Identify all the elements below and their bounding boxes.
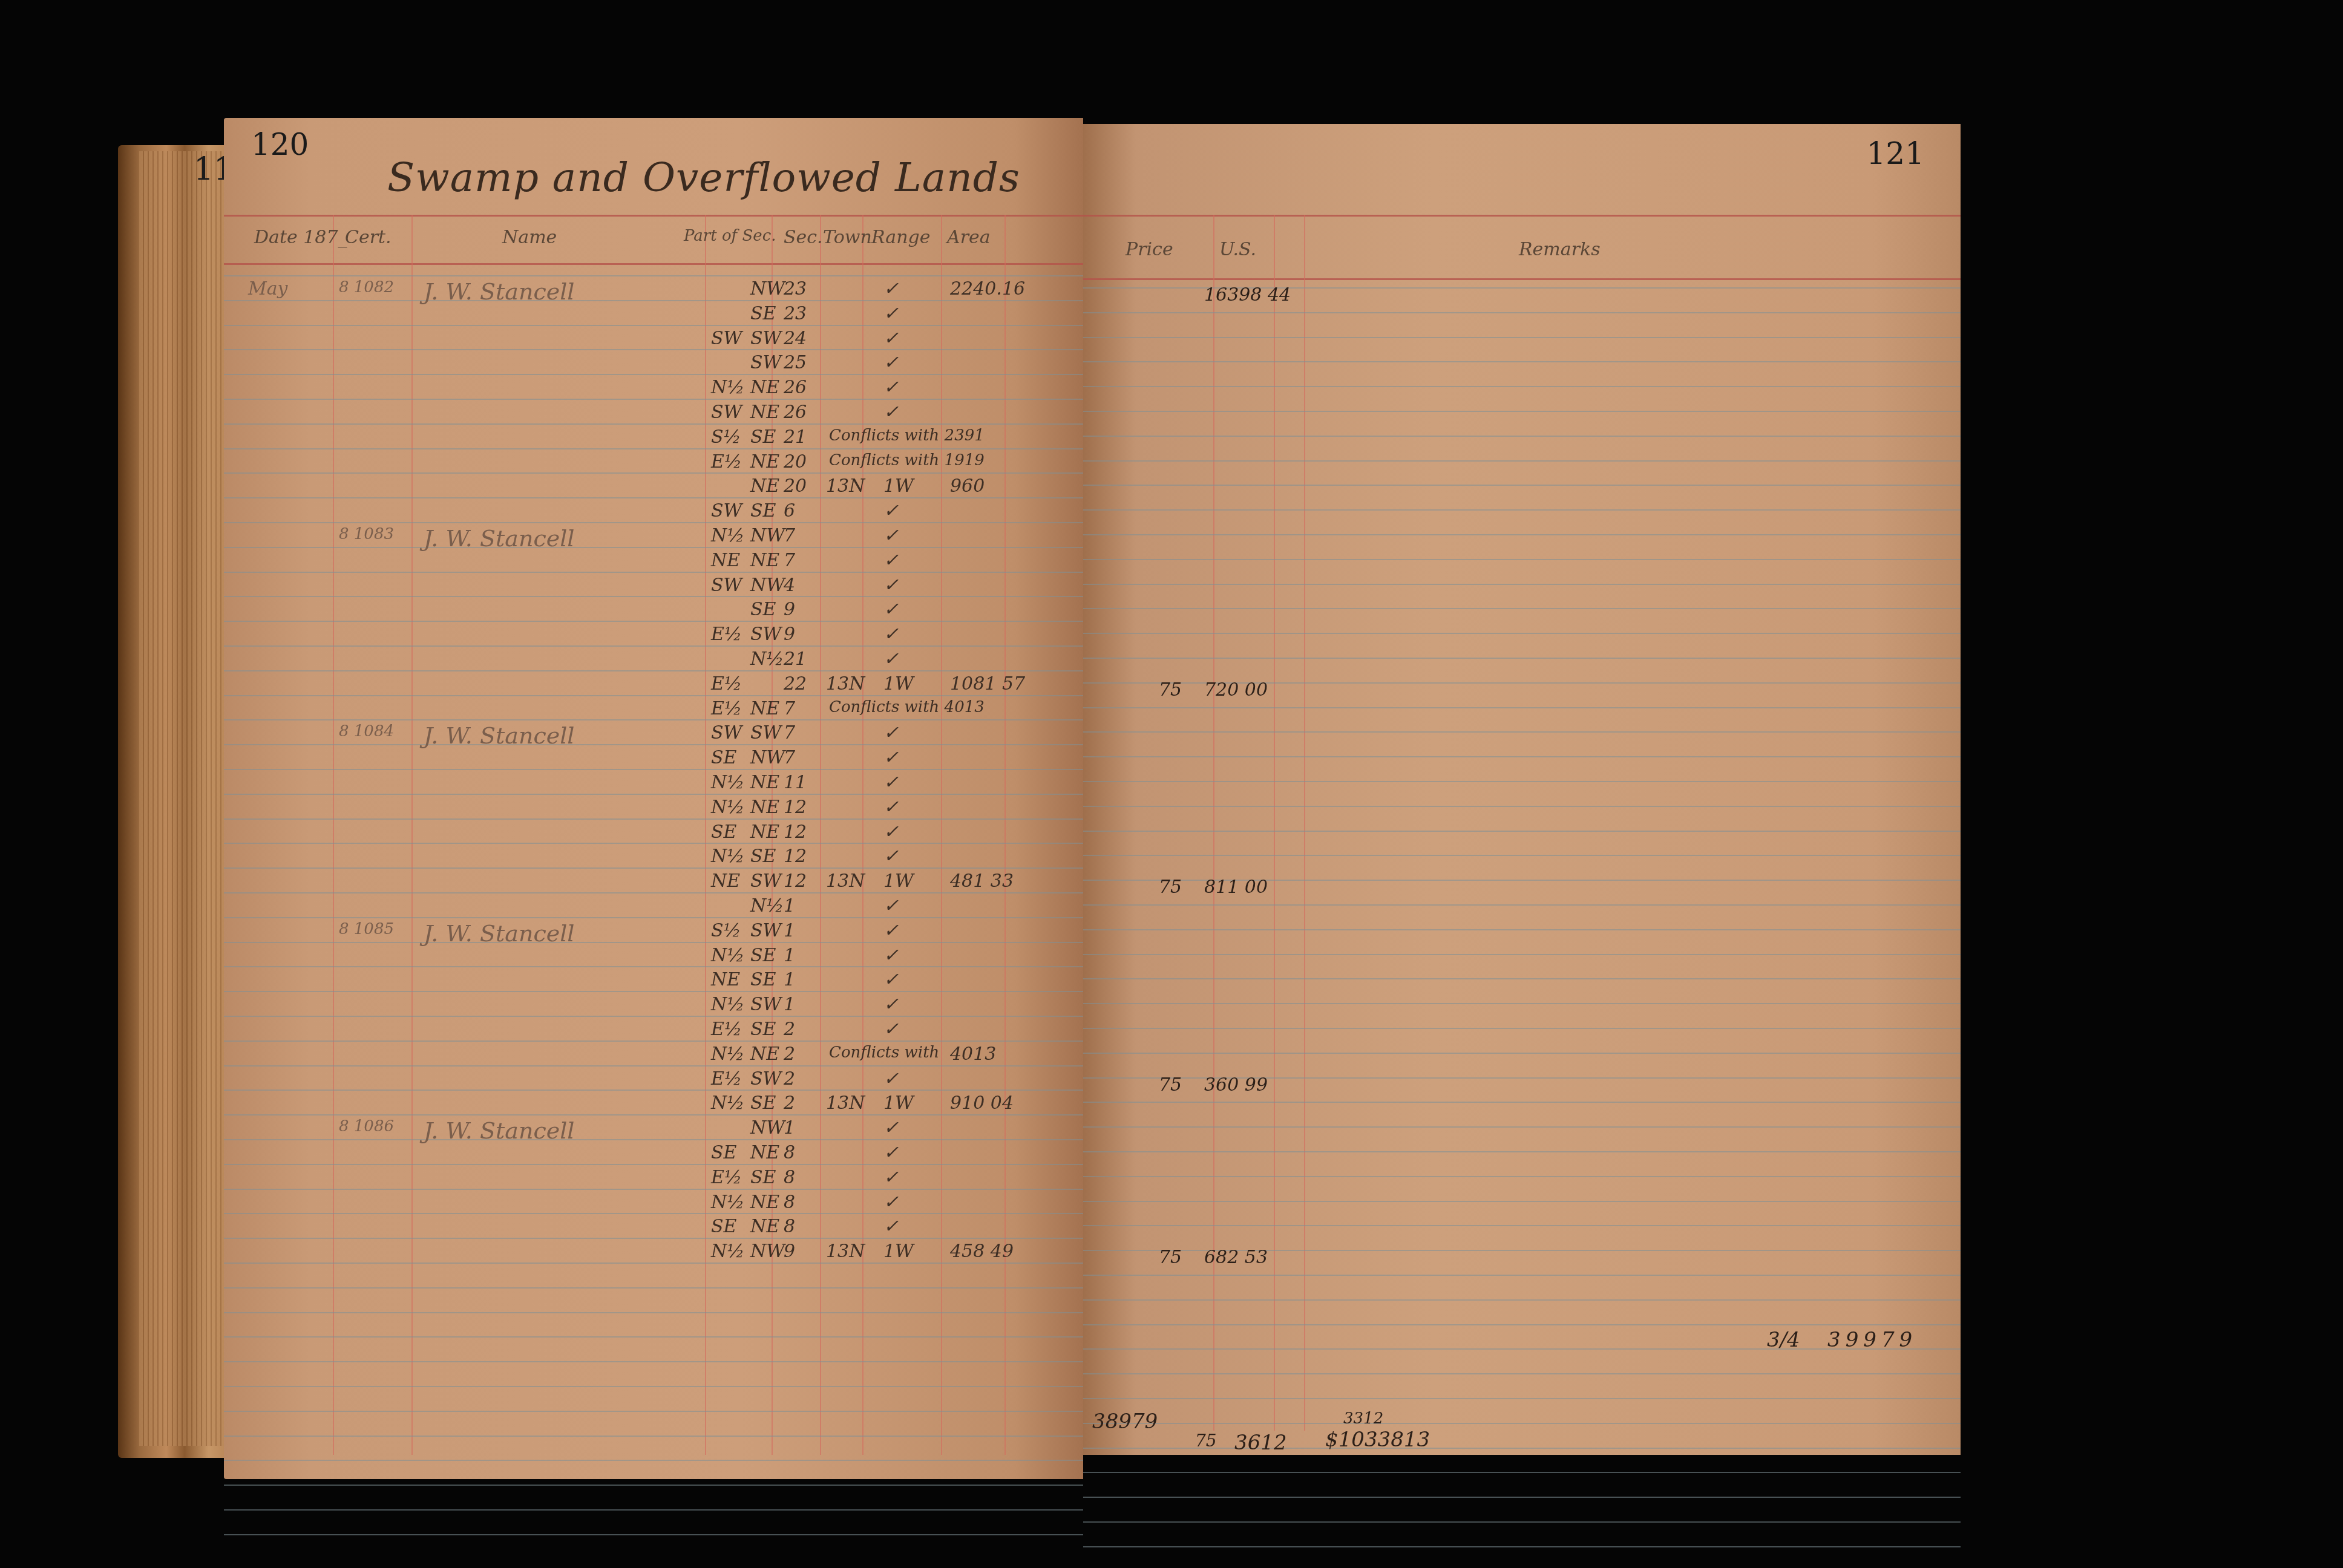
ledger-rule (224, 1436, 1083, 1437)
ledger-rule (1083, 633, 1961, 634)
row-area: 4013 (950, 1044, 996, 1065)
ledger-rule (224, 1287, 1083, 1289)
col-divider (862, 215, 863, 1455)
ledger-rule (224, 448, 1083, 449)
row-part-of-sec: SE (711, 822, 736, 843)
col-divider (1304, 215, 1305, 1431)
ledger-rule (224, 300, 1083, 301)
ledger-rule (224, 1534, 1083, 1535)
ledger-rule (224, 1361, 1083, 1362)
col-divider (333, 215, 334, 1455)
row-range: ✓ (883, 1216, 899, 1237)
col-header-cert: Cert. (345, 227, 392, 248)
ledger-rule (1083, 1225, 1961, 1226)
ledger-rule (224, 917, 1083, 918)
row-part-of-sec: N½ (711, 1093, 744, 1114)
entry-price: 75 (1159, 1247, 1182, 1268)
row-quarter: SE (750, 1019, 776, 1040)
col-header-town: Town (823, 227, 872, 248)
row-section: 23 (784, 303, 807, 324)
row-range: ✓ (883, 846, 899, 867)
row-quarter: NE (750, 797, 779, 818)
row-section: 12 (784, 822, 807, 843)
row-range: ✓ (883, 278, 899, 299)
row-range: ✓ (883, 500, 899, 521)
col-header-price: Price (1126, 239, 1173, 260)
row-part-of-sec: E½ (711, 624, 742, 645)
ledger-rule (1083, 460, 1961, 462)
area-total: 38979 (1092, 1410, 1158, 1434)
row-quarter: NW (750, 278, 785, 299)
row-section: 2 (784, 1019, 795, 1040)
ledger-rule (224, 1386, 1083, 1387)
ledger-rule (224, 1213, 1083, 1214)
row-section: 12 (784, 846, 807, 867)
row-part-of-sec: N½ (711, 525, 744, 546)
row-part-of-sec: S½ (711, 920, 741, 941)
row-section: 7 (784, 698, 795, 719)
row-range: ✓ (883, 328, 899, 349)
ledger-title: Swamp and Overflowed Lands (387, 154, 1020, 201)
us-total: 3612 (1234, 1431, 1287, 1455)
row-range: ✓ (883, 722, 899, 743)
row-section: 9 (784, 624, 795, 645)
row-section: 9 (784, 599, 795, 620)
ledger-rule (224, 374, 1083, 375)
row-range: ✓ (883, 352, 899, 373)
ledger-rule (224, 719, 1083, 720)
row-town: 13N (826, 1093, 865, 1114)
row-quarter: NE (750, 550, 779, 571)
row-section: 8 (784, 1167, 795, 1188)
ledger-rule (224, 818, 1083, 820)
row-range: ✓ (883, 895, 899, 916)
row-range: ✓ (883, 1068, 899, 1089)
col-header-range: Range (871, 227, 930, 248)
ledger-rule (1083, 559, 1961, 560)
ledger-rule (1083, 831, 1961, 832)
col-divider (1004, 215, 1006, 1455)
row-part-of-sec: N½ (711, 797, 744, 818)
col-header-sec: Sec. (784, 227, 823, 248)
ledger-rule (224, 892, 1083, 893)
row-part-of-sec: N½ (711, 772, 744, 793)
row-quarter: SW (750, 920, 781, 941)
row-range: ✓ (883, 402, 899, 423)
col-header-remarks: Remarks (1519, 239, 1601, 260)
row-range: ✓ (883, 1117, 899, 1138)
row-quarter: NW (750, 747, 785, 768)
row-part-of-sec: E½ (711, 698, 742, 719)
ledger-rule (224, 1065, 1083, 1067)
ledger-rule (224, 769, 1083, 770)
row-section: 25 (784, 352, 807, 373)
ledger-rule (224, 1238, 1083, 1239)
grand-total-carry: 3312 (1343, 1410, 1383, 1428)
row-town: Conflicts with 1919 (829, 451, 985, 469)
row-quarter: NE (750, 772, 779, 793)
ledger-rule (1083, 509, 1961, 511)
row-part-of-sec: N½ (711, 945, 744, 966)
ledger-rule (1083, 584, 1961, 585)
row-quarter: NE (750, 1044, 779, 1065)
col-header-part-of-sec: Part of Sec. (684, 227, 776, 245)
ledger-rule (224, 966, 1083, 967)
left-page-number: 120 (251, 127, 309, 162)
row-quarter: SE (750, 846, 776, 867)
ledger-rule (224, 547, 1083, 548)
ledger-rule (224, 744, 1083, 745)
row-section: 4 (784, 575, 795, 596)
row-section: 20 (784, 451, 807, 472)
ledger-rule (224, 349, 1083, 350)
row-quarter: NE (750, 451, 779, 472)
row-part-of-sec: SE (711, 747, 736, 768)
row-section: 1 (784, 920, 795, 941)
row-part-of-sec: N½ (711, 1241, 744, 1262)
row-part-of-sec: SW (711, 500, 742, 521)
ledger-rule (1083, 1423, 1961, 1424)
row-range: ✓ (883, 945, 899, 966)
ledger-rule (1083, 1053, 1961, 1054)
row-quarter: SW (750, 994, 781, 1015)
ledger-rule (1083, 1003, 1961, 1004)
ledger-rule (224, 1089, 1083, 1091)
ledger-rule (1083, 1151, 1961, 1152)
ledger-rule (224, 843, 1083, 844)
ledger-rule (224, 572, 1083, 573)
entry-us-amount: 811 00 (1204, 877, 1268, 898)
col-divider (820, 215, 821, 1455)
row-quarter: NE (750, 698, 779, 719)
ledger-rule (224, 399, 1083, 400)
remarks-fraction: 3/4 (1767, 1328, 1800, 1352)
row-range: ✓ (883, 797, 899, 818)
row-quarter: NW (750, 1117, 785, 1138)
row-town: Conflicts with 4013 (829, 698, 985, 716)
row-range: ✓ (883, 377, 899, 398)
row-quarter: SW (750, 328, 781, 349)
entry-us-amount: 720 00 (1204, 679, 1268, 701)
page-stack-leaves (139, 151, 230, 1446)
ledger-rule (224, 522, 1083, 523)
ledger-rule (1083, 756, 1961, 757)
row-section: 8 (784, 1142, 795, 1163)
entry-cert: 8 1085 (339, 920, 394, 938)
ledger-rule (1083, 1497, 1961, 1498)
row-area: 960 (950, 475, 985, 497)
ledger-rule (224, 325, 1083, 326)
row-quarter: NW (750, 1241, 785, 1262)
row-quarter: NE (750, 377, 779, 398)
row-section: 20 (784, 475, 807, 497)
entry-date: May (248, 278, 288, 299)
row-section: 7 (784, 747, 795, 768)
ledger-rule (1083, 1398, 1961, 1399)
entry-us-amount: 16398 44 (1204, 284, 1291, 305)
ledger-rule (1083, 534, 1961, 535)
ledger-rule (1083, 1126, 1961, 1128)
row-section: 1 (784, 994, 795, 1015)
price-total: 75 (1195, 1431, 1217, 1451)
col-header-us: U.S. (1219, 239, 1256, 260)
row-section: 26 (784, 402, 807, 423)
row-part-of-sec: S½ (711, 426, 741, 448)
ledger-rule (224, 1509, 1083, 1511)
remarks-total: 39979 (1827, 1328, 1917, 1352)
ledger-rule (224, 1164, 1083, 1165)
row-town: 13N (826, 673, 865, 694)
ledger-rule (1083, 978, 1961, 979)
row-section: 12 (784, 871, 807, 892)
ledger-rule (1083, 855, 1961, 856)
row-range: 1W (883, 1241, 914, 1262)
ledger-rule (1083, 781, 1961, 782)
row-quarter: SW (750, 624, 781, 645)
row-quarter: N½ (750, 895, 784, 916)
row-quarter: NE (750, 1192, 779, 1213)
row-part-of-sec: SE (711, 1216, 736, 1237)
row-town: 13N (826, 1241, 865, 1262)
row-section: 9 (784, 1241, 795, 1262)
entry-name: J. W. Stancell (424, 1117, 575, 1144)
row-part-of-sec: SE (711, 1142, 736, 1163)
ledger-rule (1083, 337, 1961, 338)
row-part-of-sec: E½ (711, 1068, 742, 1089)
row-quarter: SE (750, 945, 776, 966)
ledger-rule (1083, 1176, 1961, 1177)
ledger-rule (224, 497, 1083, 498)
col-divider (1274, 215, 1275, 1431)
ledger-rule (224, 867, 1083, 869)
row-quarter: SE (750, 969, 776, 990)
row-part-of-sec: N½ (711, 1192, 744, 1213)
ledger-rule (1083, 312, 1961, 313)
ledger-rule (224, 275, 1083, 276)
entry-cert: 8 1086 (339, 1117, 394, 1135)
ledger-rule (1083, 361, 1961, 362)
row-range: ✓ (883, 747, 899, 768)
row-range: ✓ (883, 969, 899, 990)
row-range: ✓ (883, 575, 899, 596)
header-bottom-rule (1083, 278, 1961, 280)
entry-name: J. W. Stancell (424, 278, 575, 305)
row-part-of-sec: E½ (711, 1019, 742, 1040)
ledger-rule (1083, 1521, 1961, 1523)
row-section: 8 (784, 1216, 795, 1237)
ledger-rule (1083, 1028, 1961, 1029)
row-part-of-sec: SW (711, 328, 742, 349)
row-quarter: SE (750, 303, 776, 324)
ledger-rule (224, 1139, 1083, 1140)
ledger-rule (224, 1411, 1083, 1412)
row-range: 1W (883, 475, 914, 497)
row-section: 23 (784, 278, 807, 299)
ledger-rule (224, 596, 1083, 597)
row-range: ✓ (883, 599, 899, 620)
row-section: 7 (784, 722, 795, 743)
row-quarter: SE (750, 599, 776, 620)
row-town: 13N (826, 871, 865, 892)
row-quarter: SW (750, 1068, 781, 1089)
ledger-rule (224, 1263, 1083, 1264)
row-part-of-sec: N½ (711, 1044, 744, 1065)
right-page: 121 Price U.S. Remarks 16398 4475720 007… (1083, 124, 1961, 1455)
row-section: 11 (784, 772, 807, 793)
row-area: 1081 57 (950, 673, 1025, 694)
entry-cert: 8 1083 (339, 525, 394, 543)
ledger-rule (1083, 954, 1961, 955)
row-quarter: NW (750, 525, 785, 546)
row-range: 1W (883, 871, 914, 892)
row-section: 2 (784, 1093, 795, 1114)
ledger-rule (1083, 904, 1961, 906)
ledger-rule (224, 1336, 1083, 1338)
header-bottom-rule (224, 263, 1083, 265)
row-quarter: SW (750, 871, 781, 892)
row-area: 481 33 (950, 871, 1014, 892)
row-quarter: NE (750, 1142, 779, 1163)
ledger-rule (1083, 1102, 1961, 1103)
ledger-rule (1083, 658, 1961, 659)
row-section: 21 (784, 648, 807, 670)
row-range: ✓ (883, 624, 899, 645)
row-range: ✓ (883, 550, 899, 571)
row-section: 7 (784, 525, 795, 546)
ledger-rule (1083, 1472, 1961, 1473)
ledger-rule (224, 1485, 1083, 1486)
ledger-rule (224, 991, 1083, 992)
ledger-rule (1083, 608, 1961, 609)
entry-us-amount: 682 53 (1204, 1247, 1268, 1268)
row-quarter: SW (750, 352, 781, 373)
entry-name: J. W. Stancell (424, 920, 575, 947)
row-part-of-sec: E½ (711, 673, 742, 694)
row-section: 6 (784, 500, 795, 521)
col-header-date: Date 187_ (254, 227, 347, 248)
entry-name: J. W. Stancell (424, 722, 575, 749)
row-area: 910 04 (950, 1093, 1014, 1114)
ledger-rule (224, 472, 1083, 474)
ledger-rule (1083, 929, 1961, 930)
ledger-rule (1083, 1201, 1961, 1202)
row-section: 2 (784, 1068, 795, 1089)
row-range: 1W (883, 1093, 914, 1114)
row-town: Conflicts with 2391 (829, 426, 985, 445)
entry-us-amount: 360 99 (1204, 1074, 1268, 1096)
ledger-rule (1083, 707, 1961, 708)
ledger-rule (224, 423, 1083, 425)
ledger-rule (1083, 1373, 1961, 1374)
row-quarter: NE (750, 475, 779, 497)
row-part-of-sec: NE (711, 550, 740, 571)
row-part-of-sec: E½ (711, 1167, 742, 1188)
row-quarter: N½ (750, 648, 784, 670)
row-part-of-sec: SW (711, 722, 742, 743)
row-section: 24 (784, 328, 807, 349)
row-section: 1 (784, 969, 795, 990)
row-range: ✓ (883, 648, 899, 670)
ledger-rule (1083, 1546, 1961, 1547)
row-quarter: NW (750, 575, 785, 596)
row-section: 2 (784, 1044, 795, 1065)
row-section: 1 (784, 1117, 795, 1138)
row-range: ✓ (883, 920, 899, 941)
row-range: ✓ (883, 994, 899, 1015)
row-part-of-sec: NE (711, 969, 740, 990)
col-header-name: Name (502, 227, 557, 248)
row-part-of-sec: N½ (711, 994, 744, 1015)
ledger-rule (1083, 485, 1961, 486)
col-divider (941, 215, 942, 1455)
row-range: ✓ (883, 1167, 899, 1188)
entry-cert: 8 1082 (339, 278, 394, 296)
row-quarter: SE (750, 1167, 776, 1188)
row-part-of-sec: NE (711, 871, 740, 892)
row-range: ✓ (883, 1019, 899, 1040)
row-part-of-sec: N½ (711, 846, 744, 867)
ledger-rule (224, 794, 1083, 795)
ledger-rule (1083, 411, 1961, 412)
row-quarter: SW (750, 722, 781, 743)
ledger-rule (224, 670, 1083, 671)
row-section: 1 (784, 945, 795, 966)
col-divider (705, 215, 706, 1455)
ledger-rule (224, 1114, 1083, 1116)
entry-price: 75 (1159, 1074, 1182, 1096)
header-top-rule (224, 215, 1083, 217)
ledger-rule (224, 621, 1083, 622)
row-range: ✓ (883, 822, 899, 843)
row-section: 26 (784, 377, 807, 398)
entry-price: 75 (1159, 679, 1182, 701)
row-section: 21 (784, 426, 807, 448)
row-section: 1 (784, 895, 795, 916)
row-range: ✓ (883, 525, 899, 546)
grand-total: $1033813 (1325, 1428, 1430, 1452)
ledger-rule (1083, 731, 1961, 733)
row-section: 8 (784, 1192, 795, 1213)
ledger-rule (1083, 1299, 1961, 1301)
ledger-rule (1083, 1324, 1961, 1325)
row-range: ✓ (883, 1192, 899, 1213)
row-range: ✓ (883, 772, 899, 793)
row-range: ✓ (883, 1142, 899, 1163)
row-range: 1W (883, 673, 914, 694)
entry-cert: 8 1084 (339, 722, 394, 740)
row-town: Conflicts with (829, 1044, 939, 1062)
col-header-area: Area (947, 227, 991, 248)
entry-price: 75 (1159, 877, 1182, 898)
ledger-rule (224, 1312, 1083, 1313)
entry-name: J. W. Stancell (424, 525, 575, 552)
ledger-rule (224, 1016, 1083, 1017)
row-part-of-sec: N½ (711, 377, 744, 398)
row-section: 7 (784, 550, 795, 571)
row-area: 2240.16 (950, 278, 1025, 299)
ledger-rule (1083, 386, 1961, 387)
row-quarter: SE (750, 500, 776, 521)
left-page: 120 Swamp and Overflowed Lands Date 187_… (224, 118, 1083, 1479)
col-divider (411, 215, 413, 1455)
row-range: ✓ (883, 303, 899, 324)
row-quarter: NE (750, 822, 779, 843)
header-top-rule (1083, 215, 1961, 217)
ledger-rule (224, 942, 1083, 943)
row-quarter: SE (750, 1093, 776, 1114)
row-part-of-sec: SW (711, 575, 742, 596)
row-part-of-sec: SW (711, 402, 742, 423)
